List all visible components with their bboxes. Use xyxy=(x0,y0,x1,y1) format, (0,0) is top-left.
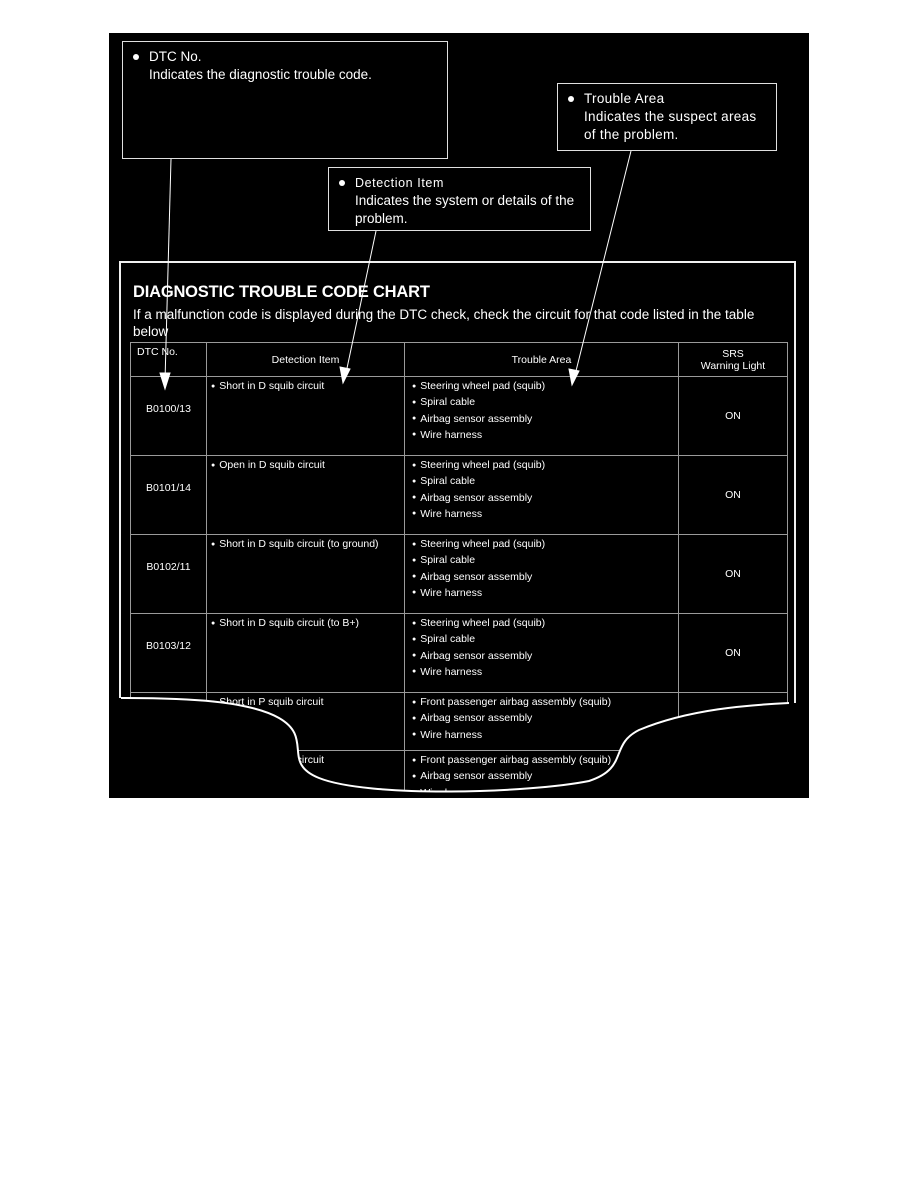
dtc-chart-figure: DTC No. Indicates the diagnostic trouble… xyxy=(109,33,809,798)
torn-edge-overlay xyxy=(109,33,809,798)
